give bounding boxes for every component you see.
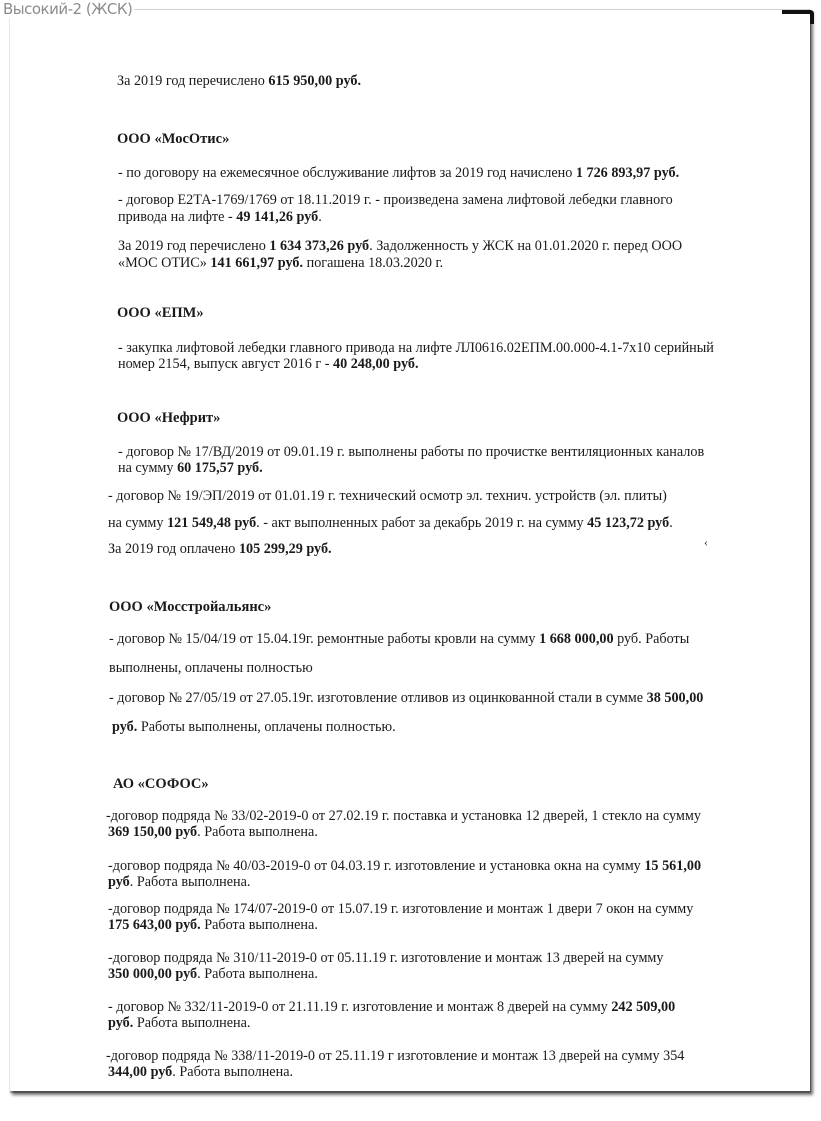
nefrit-p2: - договор № 19/ЭП/2019 от 01.01.19 г. те… [108, 488, 667, 504]
sofos-item-3: -договор подряда № 174/07-2019-0 от 15.0… [108, 901, 693, 917]
nefrit-p4: За 2019 год оплачено 105 299,29 руб. [108, 541, 332, 557]
mosstroy-p1-line2: выполнены, оплачены полностью [109, 660, 313, 676]
section-title-mosstroy: ООО «Мосстройальянс» [109, 599, 271, 615]
nefrit-p1-line2: на сумму 60 175,57 руб. [118, 460, 263, 476]
section-title-nefrit: ООО «Нефрит» [117, 410, 220, 426]
epm-p1: - закупка лифтовой лебедки главного прив… [118, 340, 730, 356]
mosotis-p2: - договор Е2ТА-1769/1769 от 18.11.2019 г… [118, 192, 730, 208]
sofos-item-2-line2: руб. Работа выполнена. [108, 874, 250, 890]
sofos-item-1: -договор подряда № 33/02-2019-0 от 27.02… [106, 808, 701, 824]
document-page: За 2019 год перечислено 615 950,00 руб. … [9, 9, 810, 1091]
section-title-sofos: АО «СОФОС» [113, 776, 209, 792]
intro-paragraph: За 2019 год перечислено 615 950,00 руб. [117, 73, 361, 89]
mosotis-p2-line2: привода на лифте - 49 141,26 руб. [118, 209, 322, 225]
sofos-item-2: -договор подряда № 40/03-2019-0 от 04.03… [108, 858, 701, 874]
sofos-item-1-line2: 369 150,00 руб. Работа выполнена. [108, 824, 318, 840]
stray-mark: ‹ [704, 535, 708, 550]
mosstroy-p2: - договор № 27/05/19 от 27.05.19г. изгот… [109, 690, 703, 706]
nefrit-p1: - договор № 17/ВД/2019 от 09.01.19 г. вы… [118, 444, 704, 460]
nefrit-p3: на сумму 121 549,48 руб. - акт выполненн… [108, 515, 673, 531]
sofos-item-5-line2: руб. Работа выполнена. [108, 1015, 250, 1031]
intro-amount: 615 950,00 руб. [268, 73, 361, 89]
sofos-item-3-line2: 175 643,00 руб. Работа выполнена. [108, 917, 318, 933]
epm-p1-line2: номер 2154, выпуск август 2016 г - 40 24… [118, 356, 419, 372]
mosstroy-p2-line2: руб. Работы выполнены, оплачены полность… [112, 719, 396, 735]
mosotis-p1: - по договору на ежемесячное обслуживани… [118, 165, 679, 181]
section-title-mosotis: ООО «МосОтис» [117, 131, 229, 147]
section-title-epm: ООО «ЕПМ» [117, 305, 204, 321]
mosotis-p3: За 2019 год перечислено 1 634 373,26 руб… [118, 238, 730, 254]
sofos-item-6-line2: 344,00 руб. Работа выполнена. [108, 1064, 293, 1080]
sofos-item-4-line2: 350 000,00 руб. Работа выполнена. [108, 966, 318, 982]
sofos-item-6: -договор подряда № 338/11-2019-0 от 25.1… [106, 1048, 684, 1064]
mosotis-p3-line2: «МОС ОТИС» 141 661,97 руб. погашена 18.0… [118, 255, 443, 271]
sofos-item-4: -договор подряда № 310/11-2019-0 от 05.1… [108, 950, 664, 966]
watermark: Высокий-2 (ЖСК) [3, 0, 134, 18]
document-content: За 2019 год перечислено 615 950,00 руб. … [10, 10, 810, 1091]
mosstroy-p1: - договор № 15/04/19 от 15.04.19г. ремон… [109, 631, 689, 647]
sofos-item-5: - договор № 332/11-2019-0 от 21.11.19 г.… [108, 999, 675, 1015]
